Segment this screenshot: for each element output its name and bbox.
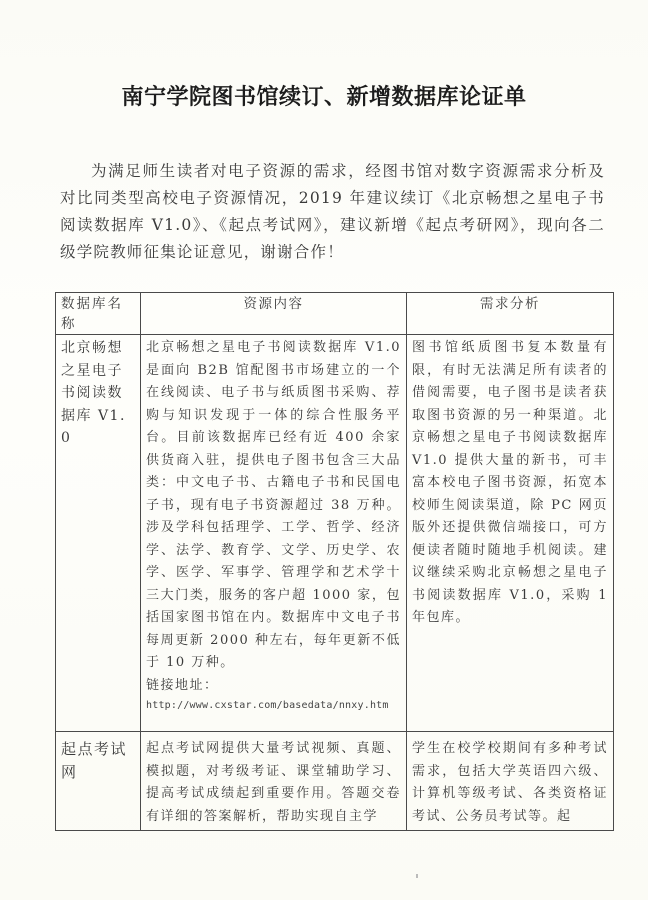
link-label: 链接地址： [146,675,401,698]
table-row: 北京畅想之星电子书阅读数据库 V1.0 北京畅想之星电子书阅读数据库 V1.0 … [56,335,614,732]
header-demand-analysis: 需求分析 [407,293,614,335]
document-title: 南宁学院图书馆续订、新增数据库论证单 [0,80,648,111]
database-evaluation-table: 数据库名称 资源内容 需求分析 北京畅想之星电子书阅读数据库 V1.0 北京畅想… [55,292,614,831]
table-header-row: 数据库名称 资源内容 需求分析 [56,293,614,335]
table-row: 起点考试网 起点考试网提供大量考试视频、真题、模拟题，对考级考证、课堂辅助学习、… [56,732,614,831]
demand-analysis-cell: 图书馆纸质图书复本数量有限，有时无法满足所有读者的借阅需要，电子图书是读者获取图… [407,335,614,732]
header-resource-content: 资源内容 [141,293,407,335]
scan-speck [416,874,418,878]
resource-content-text: 北京畅想之星电子书阅读数据库 V1.0 是面向 B2B 馆配图书市场建立的一个在… [146,340,401,670]
database-name-cell: 起点考试网 [56,732,141,831]
scanned-page: 南宁学院图书馆续订、新增数据库论证单 为满足师生读者对电子资源的需求，经图书馆对… [0,0,648,900]
demand-analysis-cell: 学生在校学校期间有多种考试需求，包括大学英语四六级、计算机等级考试、各类资格证考… [407,732,614,831]
resource-content-cell: 北京畅想之星电子书阅读数据库 V1.0 是面向 B2B 馆配图书市场建立的一个在… [141,335,407,732]
intro-paragraph: 为满足师生读者对电子资源的需求，经图书馆对数字资源需求分析及对比同类型高校电子资… [60,158,605,266]
database-link-url: http://www.cxstar.com/basedata/nnxy.htm [146,697,401,715]
database-name-cell: 北京畅想之星电子书阅读数据库 V1.0 [56,335,141,732]
header-database-name: 数据库名称 [56,293,141,335]
resource-content-cell: 起点考试网提供大量考试视频、真题、模拟题，对考级考证、课堂辅助学习、提高考试成绩… [141,732,407,831]
